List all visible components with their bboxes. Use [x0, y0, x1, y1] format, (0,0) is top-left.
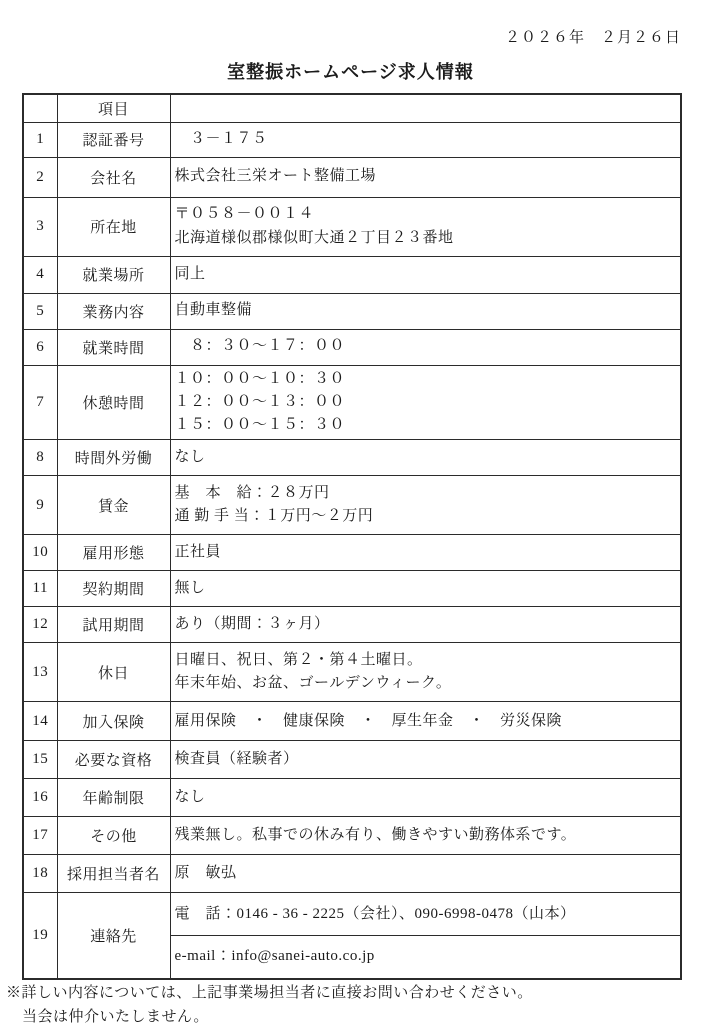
row-value: 原 敏弘: [170, 855, 681, 893]
row-number: 18: [23, 855, 57, 893]
table-row: 17 その他 残業無し。私事での休み有り、働きやすい勤務体系です。: [23, 817, 681, 855]
table-row: 5 業務内容 自動車整備: [23, 293, 681, 329]
row-label: 加入保険: [57, 702, 170, 741]
footer-note-line1: ※詳しい内容については、上記事業場担当者に直接お問い合わせください。: [6, 981, 533, 1005]
row-number: 17: [23, 817, 57, 855]
table-row: 1 認証番号 ３－１７５: [23, 122, 681, 157]
page-title: 室整振ホームページ求人情報: [0, 58, 701, 84]
footer-note: ※詳しい内容については、上記事業場担当者に直接お問い合わせください。 当会は仲介…: [6, 981, 533, 1024]
contact-row-phone: 19 連絡先 電 話：0146 - 36 - 2225（会社）、090-6998…: [23, 893, 681, 936]
table-row: 7 休憩時間 １０：００～１０：３０ １２：００～１３：００ １５：００～１５：…: [23, 365, 681, 440]
table-row: 14 加入保険 雇用保険 ・ 健康保険 ・ 厚生年金 ・ 労災保険: [23, 702, 681, 741]
row-label: 必要な資格: [57, 741, 170, 779]
row-label: 就業場所: [57, 256, 170, 293]
row-label: 休日: [57, 643, 170, 702]
row-value: ３－１７５: [170, 122, 681, 157]
row-number: 3: [23, 197, 57, 256]
row-value: なし: [170, 779, 681, 817]
footer-note-line2: 当会は仲介いたしません。: [6, 1005, 533, 1024]
table-row: 13 休日 日曜日、祝日、第２・第４土曜日。 年末年始、お盆、ゴールデンウィーク…: [23, 643, 681, 702]
table-row: 9 賃金 基 本 給：２８万円 通 勤 手 当：１万円～２万円: [23, 476, 681, 535]
row-label: 所在地: [57, 197, 170, 256]
row-value: 検査員（経験者）: [170, 741, 681, 779]
table-row: 3 所在地 〒０５８－００１４ 北海道様似郡様似町大通２丁目２３番地: [23, 197, 681, 256]
table-header-row: 項目: [23, 94, 681, 122]
row-number: 10: [23, 535, 57, 571]
table-row: 16 年齢制限 なし: [23, 779, 681, 817]
row-value: 基 本 給：２８万円 通 勤 手 当：１万円～２万円: [170, 476, 681, 535]
row-label: 休憩時間: [57, 365, 170, 440]
table-row: 10 雇用形態 正社員: [23, 535, 681, 571]
row-label: 試用期間: [57, 607, 170, 643]
row-value: 日曜日、祝日、第２・第４土曜日。 年末年始、お盆、ゴールデンウィーク。: [170, 643, 681, 702]
document-date: ２０２６年 ２月２６日: [505, 26, 681, 47]
row-label: 雇用形態: [57, 535, 170, 571]
row-label: 会社名: [57, 157, 170, 197]
header-num-cell: [23, 94, 57, 122]
contact-email: e-mail：info@sanei-auto.co.jp: [170, 936, 681, 979]
row-number: 5: [23, 293, 57, 329]
row-number: 12: [23, 607, 57, 643]
row-number: 16: [23, 779, 57, 817]
row-label: 年齢制限: [57, 779, 170, 817]
row-label: 時間外労働: [57, 440, 170, 476]
table-row: 4 就業場所 同上: [23, 256, 681, 293]
row-label: 就業時間: [57, 329, 170, 365]
row-number: 11: [23, 571, 57, 607]
table-row: 12 試用期間 あり（期間：３ヶ月）: [23, 607, 681, 643]
row-value: ８：３０～１７：００: [170, 329, 681, 365]
row-label: 連絡先: [57, 893, 170, 979]
row-value: 株式会社三栄オート整備工場: [170, 157, 681, 197]
row-value: 雇用保険 ・ 健康保険 ・ 厚生年金 ・ 労災保険: [170, 702, 681, 741]
header-value-cell: [170, 94, 681, 122]
row-value: 無し: [170, 571, 681, 607]
row-number: 15: [23, 741, 57, 779]
row-number: 6: [23, 329, 57, 365]
row-number: 13: [23, 643, 57, 702]
row-label: 賃金: [57, 476, 170, 535]
row-number: 2: [23, 157, 57, 197]
table-row: 18 採用担当者名 原 敏弘: [23, 855, 681, 893]
row-value: 自動車整備: [170, 293, 681, 329]
document-page: ２０２６年 ２月２６日 室整振ホームページ求人情報 項目 1 認証番号 ３－１７…: [0, 0, 701, 1024]
row-label: 認証番号: [57, 122, 170, 157]
table-row: 15 必要な資格 検査員（経験者）: [23, 741, 681, 779]
row-number: 9: [23, 476, 57, 535]
row-number: 1: [23, 122, 57, 157]
row-number: 7: [23, 365, 57, 440]
row-label: 契約期間: [57, 571, 170, 607]
row-label: その他: [57, 817, 170, 855]
row-value: あり（期間：３ヶ月）: [170, 607, 681, 643]
row-number: 19: [23, 893, 57, 979]
row-value: １０：００～１０：３０ １２：００～１３：００ １５：００～１５：３０: [170, 365, 681, 440]
table-row: 6 就業時間 ８：３０～１７：００: [23, 329, 681, 365]
table-row: 11 契約期間 無し: [23, 571, 681, 607]
row-label: 業務内容: [57, 293, 170, 329]
job-info-table: 項目 1 認証番号 ３－１７５ 2 会社名 株式会社三栄オート整備工場 3 所在…: [22, 93, 682, 980]
header-label-cell: 項目: [57, 94, 170, 122]
table-row: 8 時間外労働 なし: [23, 440, 681, 476]
row-value: 〒０５８－００１４ 北海道様似郡様似町大通２丁目２３番地: [170, 197, 681, 256]
row-value: 同上: [170, 256, 681, 293]
table-row: 2 会社名 株式会社三栄オート整備工場: [23, 157, 681, 197]
row-label: 採用担当者名: [57, 855, 170, 893]
row-number: 14: [23, 702, 57, 741]
row-value: なし: [170, 440, 681, 476]
row-value: 正社員: [170, 535, 681, 571]
contact-phone: 電 話：0146 - 36 - 2225（会社）、090-6998-0478（山…: [170, 893, 681, 936]
row-value: 残業無し。私事での休み有り、働きやすい勤務体系です。: [170, 817, 681, 855]
row-number: 8: [23, 440, 57, 476]
row-number: 4: [23, 256, 57, 293]
